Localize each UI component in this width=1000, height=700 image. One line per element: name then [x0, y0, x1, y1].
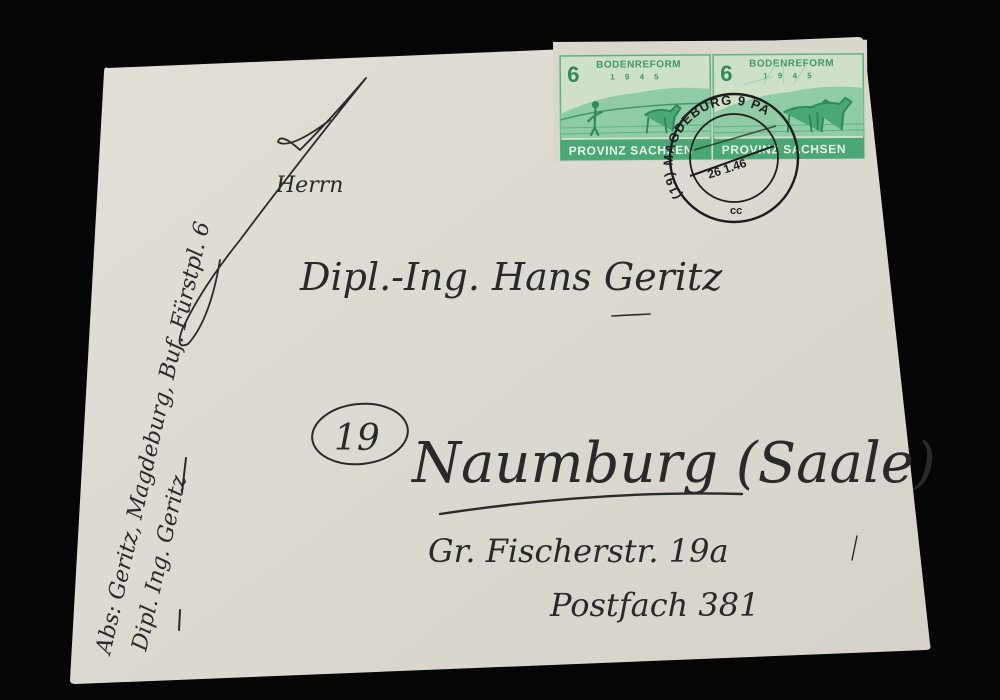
stamp-year: 1 9 4 5	[763, 71, 816, 80]
postmark-code: cc	[730, 205, 742, 217]
city: Naumburg (Saale)	[410, 431, 936, 496]
stamp-title: BODENREFORM	[596, 59, 681, 71]
stamp-year: 1 9 4 5	[610, 72, 663, 81]
stamp-region: PROVINZ SACHSEN	[722, 142, 846, 157]
stamp-title: BODENREFORM	[749, 58, 834, 70]
envelope-photo: 6 BODENREFORM 1 9 4 5 PROVINZ SACHSEN 6 …	[0, 0, 1000, 700]
po-box: Postfach 381	[549, 586, 759, 624]
stamp-1: 6 BODENREFORM 1 9 4 5 PROVINZ SACHSEN	[560, 55, 711, 160]
street: Gr. Fischerstr. 19a	[428, 532, 729, 570]
salutation-text: Herrn	[275, 173, 343, 198]
postal-zone-number: 19	[334, 418, 380, 459]
recipient-name: Dipl.-Ing. Hans Geritz	[299, 255, 723, 299]
stamp-value: 6	[567, 62, 579, 87]
stamp-value: 6	[720, 61, 732, 86]
